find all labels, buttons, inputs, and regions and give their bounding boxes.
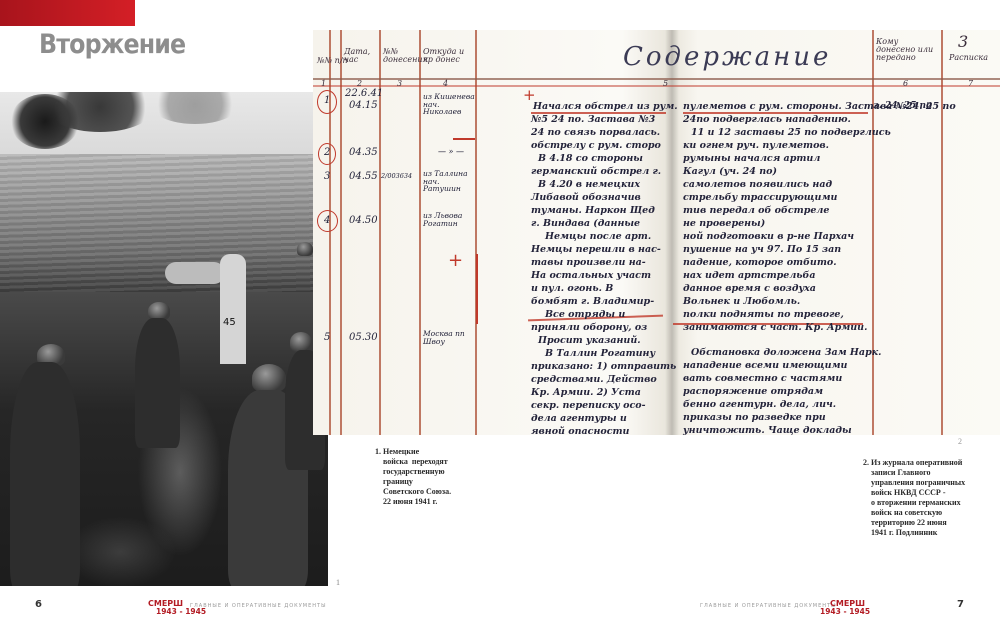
handwritten-line: обстрелу с рум. сторо [531,141,661,151]
row-from: — » — [438,148,464,156]
handwritten-line: бомбят г. Владимир- [531,297,654,307]
series-title-right: Главные и оперативные документы [700,603,836,609]
handwritten-line: занимаются с част. Кр. Армии. [683,323,867,333]
col-index: 4 [443,80,448,88]
field-gun [165,262,225,284]
row-from: из Таллина нач. Ратушин [423,170,475,193]
page-number-left: 6 [35,599,42,610]
col-header-report: №№ донесения [383,48,417,64]
handwritten-line: 24 по связь порвалась. [531,128,660,138]
row-time: 04.50 [349,216,378,226]
row-time: 04.35 [349,148,378,158]
book-gutter [665,30,679,435]
header-rule [313,78,1000,80]
handwritten-line: вать совместно с частями [683,374,842,384]
row-number: 2 [324,148,330,158]
row-from: из Львова Рогатин [423,212,475,227]
handwritten-line: Просит указаний. [538,336,641,346]
page-number-right: 7 [957,599,964,610]
col-index: 5 [663,80,668,88]
row-date: 22.6.41 [345,89,383,99]
header-rule [313,85,1000,87]
row-time: 05.30 [349,333,378,343]
handwritten-line: уничтожить. Чаще доклады [683,426,852,435]
row-number: 5 [324,333,330,343]
document-scan: №№ п/п Дата, час №№ донесения Откуда и к… [313,30,1000,435]
column-line [340,30,342,435]
row-time: 04.15 [349,101,378,111]
col-header-date: Дата, час [344,48,378,64]
col-index: 3 [397,80,402,88]
handwritten-line: средствами. Действо [531,375,657,385]
handwritten-line: В 4.20 в немецких [538,180,640,190]
handwritten-line: Обстановка доложена Зам Нарк. [691,348,881,358]
handwritten-line: Начался обстрел из рум. [533,102,678,112]
red-margin-line [476,254,478,324]
series-title-left: Главные и оперативные документы [190,603,326,609]
handwritten-line: секр. переписку осо- [531,401,646,411]
handwritten-line: приказано: 1) отправить [531,362,676,372]
scan-number: 2 [958,437,962,446]
brand-logo-right: СМЕРШ 1943 - 1945 [820,600,870,616]
handwritten-line: не проверены) [683,219,765,229]
soldier-figure [10,362,80,586]
row-number: 1 [324,96,330,106]
row-report-no: 2/003634 [381,173,412,180]
column-line [941,30,943,435]
handwritten-line: ной подготовки в р-не Пархач [683,232,854,242]
handwritten-line: Кагул (уч. 24 по) [683,167,777,177]
col-header-from: Откуда и кр донес [423,48,473,64]
soldier-helmet [297,242,313,256]
document-title: Содержание [623,44,831,70]
handwritten-line: 11 и 12 заставы 25 по подверглись [691,128,891,138]
handwritten-line: На остальных участ [531,271,651,281]
photo-number: 1 [336,578,340,587]
column-line [419,30,421,435]
col-header-recipient: Кому донесено или передано [876,38,938,62]
handwritten-line: нападение всеми имеющими [683,361,847,371]
caption-document: 2. Из журнала оперативной записи Главног… [863,458,965,538]
handwritten-line: дела агентуры и [531,414,627,424]
handwritten-line: тив передал об обстреле [683,206,829,216]
red-dash-mark [453,138,475,140]
handwritten-line: ки огнем руч. пулеметов. [683,141,829,151]
row-number: 4 [324,216,330,226]
handwritten-line: Кр. Армии. 2) Уста [531,388,641,398]
red-cross-mark: + [448,250,463,271]
handwritten-line: полки подняты по тревоге, [683,310,844,320]
handwritten-line: явной опасности [531,427,629,435]
soldier-helmet [290,332,312,352]
row-from: Москва пп Швоу [423,330,475,345]
col-header-receipt: Расписка [949,54,988,62]
column-line [872,30,874,435]
border-post-number: 45 [223,317,236,328]
col-index: 6 [903,80,908,88]
handwritten-line: падение, которое отбито. [683,258,837,268]
handwritten-line: бенно агентурн. дела, лич. [683,400,836,410]
handwritten-line: данное время с воздуха [683,284,816,294]
brand-years: 1943 - 1945 [820,608,870,616]
handwritten-line: самолетов появились над [683,180,832,190]
section-title: Вторжение [39,29,185,60]
handwritten-line: №5 24 по. Застава №3 [531,115,655,125]
red-accent-bar [0,0,135,26]
receipt-mark: 3 [958,34,968,50]
handwritten-line: нах идет артстрельба [683,271,816,281]
recipient-entry: з. 24. 25 по [873,102,932,111]
border-post [220,254,246,364]
soldier-helmet [252,364,286,392]
row-from: из Кишенева нач. Николаев [423,93,475,116]
row-time: 04.55 [349,172,378,182]
col-index: 2 [357,80,362,88]
photo-field [0,154,328,294]
row-number: 3 [324,172,330,182]
handwritten-line: Все отряды и [545,310,625,320]
handwritten-line: тавы произвели на- [531,258,646,268]
handwritten-line: приказы по разведке при [683,413,826,423]
handwritten-line: распоряжение отрядам [683,387,823,397]
handwritten-line: туманы. Наркон Щед [531,206,655,216]
handwritten-line: 24по подверглась нападению. [683,115,851,125]
handwritten-line: стрельбу трассирующими [683,193,837,203]
photograph-invasion: 45 [0,92,328,586]
handwritten-line: Вольнек и Любомль. [683,297,800,307]
handwritten-line: В 4.18 со стороны [538,154,643,164]
column-line [475,30,477,435]
brand-years: 1943 - 1945 [148,608,206,616]
col-index: 7 [968,80,973,88]
handwritten-line: Немцы после арт. [545,232,651,242]
handwritten-line: В Таллин Рогатину [545,349,655,359]
handwritten-line: Немцы перешли в нас- [531,245,661,255]
handwritten-line: германский обстрел г. [531,167,661,177]
handwritten-line: Либавой обозначив [531,193,641,203]
handwritten-line: г. Виндава (данные [531,219,640,229]
caption-photo: 1. Немецкие войска переходят государстве… [375,447,451,507]
handwritten-line: и пул. огонь. В [531,284,613,294]
soldier-figure [135,318,180,448]
col-index: 1 [321,80,326,88]
handwritten-line: пушение на уч 97. По 15 зап [683,245,841,255]
handwritten-line: приняли оборону, оз [531,323,647,333]
handwritten-line: румыны начался артил [683,154,820,164]
